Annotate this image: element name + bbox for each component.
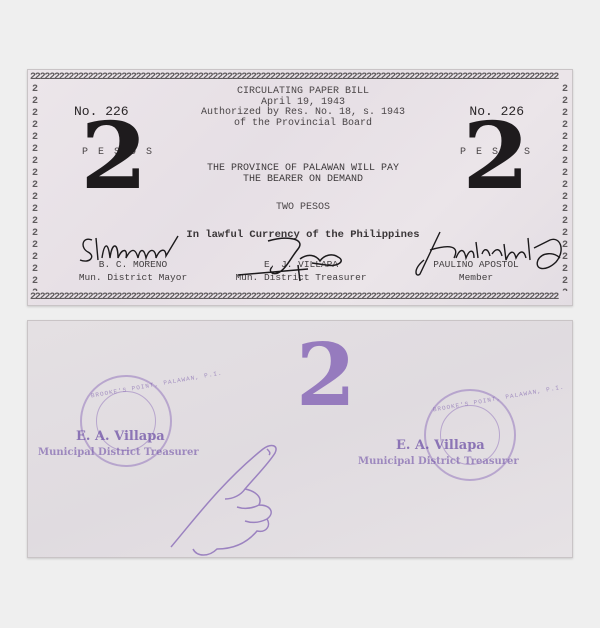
- signatory-title: Mun. District Treasurer: [216, 271, 386, 284]
- signatory-title: Member: [406, 271, 546, 284]
- signatory-name: E. J. VILLAPA: [216, 258, 386, 271]
- signatory-mayor: B. C. MORENO Mun. District Mayor: [68, 258, 198, 284]
- promise-line-2: THE BEARER ON DEMAND: [168, 175, 438, 186]
- banknote-front: 2222222222222222222222222222222222222222…: [27, 69, 573, 306]
- stamp-left-name: E. A. Villapa: [76, 429, 165, 444]
- denomination-numeral-left: 2: [80, 110, 147, 202]
- lawful-currency-text: In lawful Currency of the Philippines: [168, 229, 438, 241]
- signatory-title: Mun. District Mayor: [68, 271, 198, 284]
- header-title: CIRCULATING PAPER BILL: [168, 87, 438, 98]
- promise-block: THE PROVINCE OF PALAWAN WILL PAY THE BEA…: [168, 164, 438, 185]
- signatory-name: B. C. MORENO: [68, 258, 198, 271]
- stamp-numeral: 2: [296, 333, 356, 419]
- stamp-right-name: E. A. Villapa: [396, 438, 485, 453]
- border-bottom: 2222222222222222222222222222222222222222…: [30, 292, 570, 303]
- header-block: CIRCULATING PAPER BILL April 19, 1943 Au…: [168, 87, 438, 129]
- border-top: 2222222222222222222222222222222222222222…: [30, 72, 570, 83]
- border-right: 2 2 2 2 2 2 2 2 2 2 2 2 2 2 2 2 2 2: [560, 84, 570, 291]
- signatory-member: PAULINO APOSTOL Member: [406, 258, 546, 284]
- signatory-treasurer: E. J. VILLAPA Mun. District Treasurer: [216, 258, 386, 284]
- banknote-back: 2 BROOKE'S POINT, PALAWAN, P.I. E. A. Vi…: [27, 320, 573, 558]
- stamp-left-title: Municipal District Treasurer: [38, 447, 199, 458]
- border-left: 2 2 2 2 2 2 2 2 2 2 2 2 2 2 2 2 2 2: [30, 84, 40, 291]
- signatory-name: PAULINO APOSTOL: [406, 258, 546, 271]
- header-authorization: Authorized by Res. No. 18, s. 1943: [168, 108, 438, 119]
- amount-text: TWO PESOS: [168, 203, 438, 214]
- stamp-right-title: Municipal District Treasurer: [358, 456, 519, 467]
- promise-line-1: THE PROVINCE OF PALAWAN WILL PAY: [168, 164, 438, 175]
- denomination-numeral-right: 2: [462, 110, 529, 202]
- header-board: of the Provincial Board: [168, 119, 438, 130]
